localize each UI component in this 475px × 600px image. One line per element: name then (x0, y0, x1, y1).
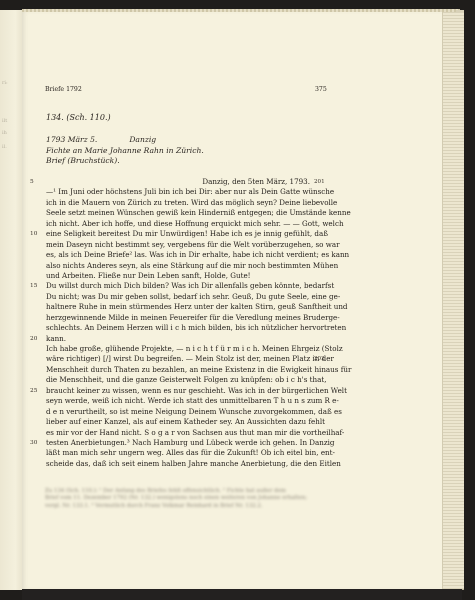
letter-line: ich nicht. Aber ich hoffe, und diese Hof… (46, 219, 310, 229)
letter-line: mein Daseyn nicht bestimmt sey, vergeben… (46, 240, 310, 250)
letter-line: seyn werde, weiß ich nicht. Werde ich st… (46, 396, 310, 406)
dateline-text: Danzig, den 5ten März, 1793. (202, 177, 310, 186)
entry-date-place: 1793 März 5.Danzig (46, 135, 204, 146)
line-text: ich in die Mauern von Zürich zu treten. … (46, 198, 337, 207)
line-text: also nichts Anderes seyn, als eine Stärk… (46, 261, 338, 270)
letter-line: also nichts Anderes seyn, als eine Stärk… (46, 261, 310, 271)
line-text: herzgewinnende Milde in meinen Feuereife… (46, 313, 340, 322)
letter-line: Du willst durch mich Dich bilden? Was ic… (46, 281, 310, 291)
entry-correspondents: Fichte an Marie Johanne Rahn in Zürich. (46, 146, 204, 157)
letter-line: d e n verurtheilt, so ist meine Neigung … (46, 407, 310, 417)
letter-line: lieber auf einer Kanzel, als auf einem K… (46, 417, 310, 427)
line-text: Ich habe große, glühende Projekte, — n i… (46, 344, 343, 353)
line-text: seyn werde, weiß ich nicht. Werde ich st… (46, 396, 339, 405)
letter-line: kann.20 (46, 334, 310, 344)
original-page-reference: 201 (314, 177, 325, 187)
page-number: 375 (315, 86, 327, 93)
facing-page-edge: ri: ilt ih il. (0, 10, 23, 590)
line-text: und Arbeiten. Fließe nur Dein Leben sanf… (46, 271, 251, 280)
line-text: es, als ich Deine Briefe² las. Was ich i… (46, 250, 349, 259)
line-number: 25 (30, 386, 37, 396)
line-number: 15 (30, 281, 37, 291)
line-text: Menschheit durch Thaten zu bezahlen, an … (46, 365, 351, 374)
letter-line: braucht keiner zu wissen, wenn es nur ge… (46, 386, 310, 396)
line-text: haltnere Ruhe in mein stürmendes Herz un… (46, 302, 347, 311)
letter-line: ich in die Mauern von Zürich zu treten. … (46, 198, 310, 208)
facing-page-text-fragment: il. (2, 144, 7, 150)
line-text: läßt man mich sehr ungern weg. Alles das… (46, 448, 335, 457)
line-text: ich nicht. Aber ich hoffe, und diese Hof… (46, 219, 344, 228)
line-text: eine Seligkeit bereitest Du mir Unwürdig… (46, 229, 328, 238)
line-text: d e n verurtheilt, so ist meine Neigung … (46, 407, 342, 416)
line-text: kann. (46, 334, 66, 343)
footnote-line: vergl. Nr. 133.1. ³ Vermutlich durch Fra… (45, 503, 307, 510)
running-head-title: Briefe 1792 (45, 86, 82, 93)
original-page-reference: 202 (314, 354, 325, 364)
facing-page-text-fragment: ih (2, 130, 7, 136)
letter-line: Du nicht; was Du mir geben sollst, bedar… (46, 292, 310, 302)
line-text: braucht keiner zu wissen, wenn es nur ge… (46, 386, 347, 395)
line-text: schlechts. An Deinem Herzen will i c h m… (46, 323, 346, 332)
letter-line: Ich habe große, glühende Projekte, — n i… (46, 344, 310, 354)
entry-type: Brief (Bruchstück). (46, 156, 204, 167)
letter-line: schlechts. An Deinem Herzen will i c h m… (46, 323, 310, 333)
facing-page-text-fragment: ri: (2, 80, 8, 86)
letter-line: die Menschheit, und die ganze Geisterwel… (46, 375, 310, 385)
letter-line: es, als ich Deine Briefe² las. Was ich i… (46, 250, 310, 260)
line-text: mein Daseyn nicht bestimmt sey, vergeben… (46, 240, 340, 249)
line-number: 20 (30, 334, 37, 344)
letter-line: es mir vor der Hand nicht. S o g a r von… (46, 428, 310, 438)
line-text: scheide das, daß ich seit einem halben J… (46, 459, 341, 468)
line-text: es mir vor der Hand nicht. S o g a r von… (46, 428, 344, 437)
letter-line: eine Seligkeit bereitest Du mir Unwürdig… (46, 229, 310, 239)
entry-date: 1793 März 5. (46, 135, 97, 144)
entry-header: 1793 März 5.Danzig Fichte an Marie Johan… (46, 135, 204, 167)
entry-number: 134. (Sch. 110.) (46, 113, 111, 122)
line-text: —¹ Im Juni oder höchstens Juli bin ich b… (46, 187, 334, 196)
letter-line: Menschheit durch Thaten zu bezahlen, an … (46, 365, 310, 375)
line-text: Du nicht; was Du mir geben sollst, bedar… (46, 292, 340, 301)
line-text: die Menschheit, und die ganze Geisterwel… (46, 375, 327, 384)
line-number: 30 (30, 438, 37, 448)
line-text: wäre richtiger) [/] wirst Du begreifen. … (46, 354, 334, 363)
facing-page-text-fragment: ilt (2, 118, 7, 124)
letter-line: testen Anerbietungen.³ Nach Hamburg und … (46, 438, 310, 448)
letter-dateline: Danzig, den 5ten März, 1793.5201 (46, 177, 310, 187)
line-text: testen Anerbietungen.³ Nach Hamburg und … (46, 438, 335, 447)
letter-line: haltnere Ruhe in mein stürmendes Herz un… (46, 302, 310, 312)
line-text: lieber auf einer Kanzel, als auf einem K… (46, 417, 325, 426)
footnotes: Zu 134 (Sch. 110.): ¹ Der Anfang des Bri… (45, 488, 307, 510)
book-bottom-shadow (22, 589, 462, 600)
line-text: Seele setzt meinen Wünschen gewiß kein H… (46, 208, 351, 217)
letter-line: Seele setzt meinen Wünschen gewiß kein H… (46, 208, 310, 218)
footnote-line: Brief vom 11. Dezember 1792 (Nr. 132.) w… (45, 495, 307, 502)
letter-line: wäre richtiger) [/] wirst Du begreifen. … (46, 354, 310, 364)
line-number: 10 (30, 229, 37, 239)
line-text: Du willst durch mich Dich bilden? Was ic… (46, 281, 334, 290)
letter-line: herzgewinnende Milde in meinen Feuereife… (46, 313, 310, 323)
entry-place: Danzig (129, 135, 156, 144)
line-number: 5 (30, 177, 34, 187)
letter-body: Danzig, den 5ten März, 1793.5201—¹ Im Ju… (46, 177, 310, 469)
page-stack-edge (442, 12, 464, 589)
letter-line: und Arbeiten. Fließe nur Dein Leben sanf… (46, 271, 310, 281)
letter-line: läßt man mich sehr ungern weg. Alles das… (46, 448, 310, 458)
letter-line: scheide das, daß ich seit einem halben J… (46, 459, 310, 469)
letter-line: —¹ Im Juni oder höchstens Juli bin ich b… (46, 187, 310, 197)
